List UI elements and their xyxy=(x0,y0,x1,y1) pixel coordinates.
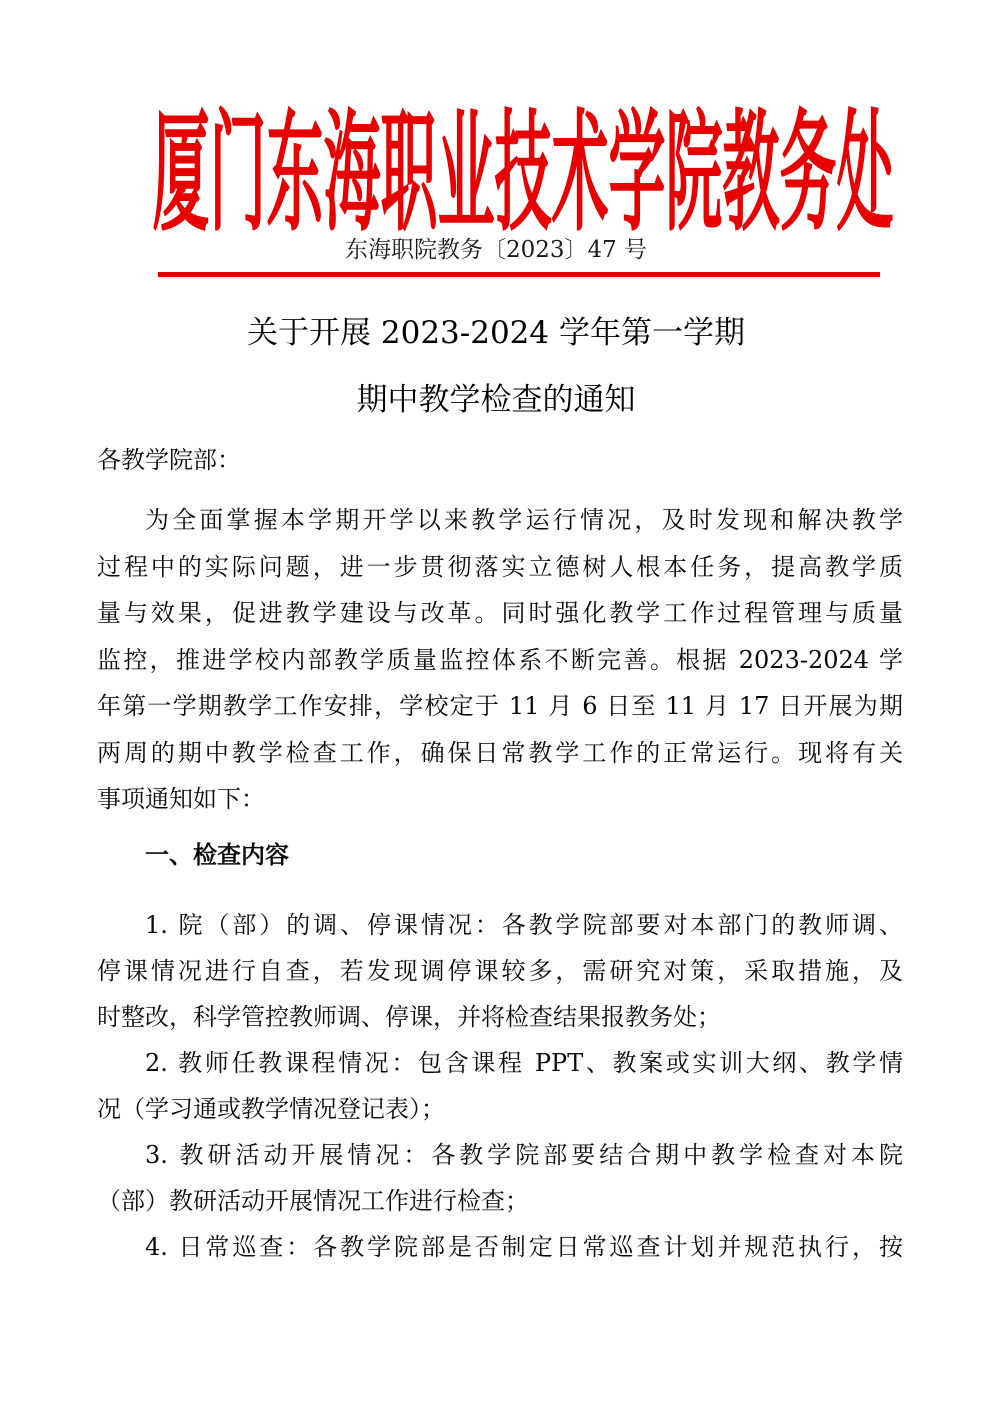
notice-title-line-1: 关于开展 2023-2024 学年第一学期 xyxy=(0,310,992,357)
intro-line: 两周的期中教学检查工作，确保日常教学工作的正常运行。现将有关 xyxy=(97,730,903,777)
item-line: 2. 教师任教课程情况：包含课程 PPT、教案或实训大纲、教学情 xyxy=(97,1040,903,1087)
section-heading: 一、检查内容 xyxy=(97,832,903,879)
item-line: 3. 教研活动开展情况：各教学院部要结合期中教学检查对本院 xyxy=(97,1132,903,1179)
item-line: （部）教研活动开展情况工作进行检查； xyxy=(97,1178,903,1225)
letterhead: 厦门东海职业技术学院教务处 xyxy=(27,92,992,234)
letterhead-org-name: 厦门东海职业技术学院教务处 xyxy=(153,69,894,258)
salutation: 各教学院部： xyxy=(97,437,903,484)
intro-line: 量与效果，促进教学建设与改革。同时强化教学工作过程管理与质量 xyxy=(97,590,903,637)
intro-line: 年第一学期教学工作安排，学校定于 11 月 6 日至 11 月 17 日开展为期 xyxy=(97,683,903,730)
item-line: 4. 日常巡查：各教学院部是否制定日常巡查计划并规范执行，按 xyxy=(97,1224,903,1271)
letterhead-doc-number: 东海职院教务〔2023〕47 号 xyxy=(0,236,992,264)
item-line: 时整改，科学管控教师调、停课，并将检查结果报教务处； xyxy=(97,994,903,1041)
item-line: 停课情况进行自查，若发现调停课较多，需研究对策，采取措施，及 xyxy=(97,948,903,995)
document-page: 厦门东海职业技术学院教务处 东海职院教务〔2023〕47 号 关于开展 2023… xyxy=(0,0,992,1403)
red-divider xyxy=(158,272,880,277)
item-line: 况（学习通或教学情况登记表）； xyxy=(97,1086,903,1133)
intro-line: 事项通知如下： xyxy=(97,776,903,823)
intro-line: 为全面掌握本学期开学以来教学运行情况，及时发现和解决教学 xyxy=(97,497,903,544)
intro-line: 监控，推进学校内部教学质量监控体系不断完善。根据 2023-2024 学 xyxy=(97,637,903,684)
item-line: 1. 院（部）的调、停课情况：各教学院部要对本部门的教师调、 xyxy=(97,902,903,949)
intro-line: 过程中的实际问题，进一步贯彻落实立德树人根本任务，提高教学质 xyxy=(97,544,903,591)
notice-title-line-2: 期中教学检查的通知 xyxy=(0,377,992,424)
